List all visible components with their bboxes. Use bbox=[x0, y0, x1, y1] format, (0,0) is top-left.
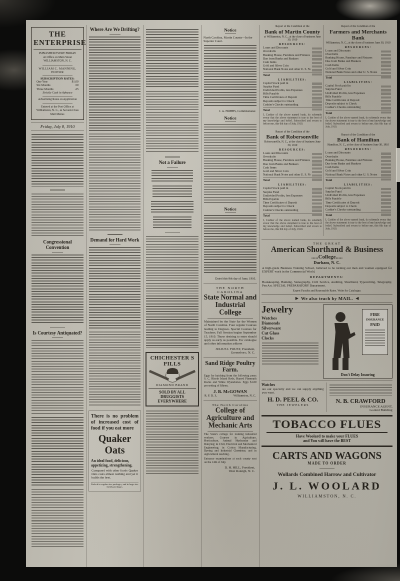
amount-smudge bbox=[312, 171, 322, 173]
ledger-label: Cashier's Checks outstanding bbox=[263, 103, 310, 107]
amount-smudge bbox=[312, 90, 322, 92]
section-divider bbox=[50, 327, 65, 328]
amount-smudge bbox=[381, 206, 391, 208]
section-divider bbox=[165, 157, 180, 158]
liabilities-list: Capital Stock paid inSurplus FundUndivid… bbox=[325, 187, 391, 212]
ad-rule bbox=[267, 432, 388, 433]
masthead-rule bbox=[43, 75, 73, 76]
entered-line: Entered at the Post Office at Williamsto… bbox=[34, 105, 82, 116]
column-2: Where Are We Drifting? Demand for Hard W… bbox=[86, 25, 143, 567]
article-text-block bbox=[32, 254, 84, 324]
liabilities-list: Capital Stock paid inSurplus FundUndivid… bbox=[263, 82, 322, 107]
bank-affidavit: I, Cashier of the above named bank, do s… bbox=[325, 219, 391, 231]
article-text-block bbox=[32, 193, 84, 237]
quaker-subtitle: An ideal food, delicious, appetizing, st… bbox=[91, 458, 139, 467]
poem-stanza bbox=[152, 185, 192, 198]
amount-smudge bbox=[312, 174, 322, 176]
headline-rule bbox=[167, 167, 178, 168]
tobacco-title: TOBACCO FLUES bbox=[262, 418, 393, 431]
amount-smudge bbox=[312, 214, 322, 216]
notice-text-block bbox=[204, 124, 257, 204]
shorthand-departments-label: DEPARTMENTS: bbox=[262, 275, 393, 279]
article-text-block bbox=[32, 340, 84, 415]
bank-name: Bank of Robersonville bbox=[263, 134, 322, 140]
total-line: Total bbox=[325, 75, 391, 80]
state-normal-body: Maintained by the State for the Women of… bbox=[204, 320, 257, 346]
fire-insurance-poster: FIRE INSURANCE PAID bbox=[362, 309, 388, 355]
amount-smudge bbox=[312, 83, 322, 85]
total-line: Total bbox=[263, 213, 322, 218]
sand-ridge-body: Eggs for hatching from the following pen… bbox=[204, 374, 257, 387]
ag-college-location: West Raleigh, N. C. bbox=[204, 469, 256, 473]
amount-smudge bbox=[381, 191, 391, 193]
date-line: Friday, July 8, 1910 bbox=[31, 122, 84, 131]
amount-smudge bbox=[381, 156, 391, 158]
ad-carts-wagons: CARTS AND WAGONS MADE TO ORDER Wollards … bbox=[262, 450, 393, 502]
ad-chichesters-pills: CHICHESTER S PILLS DIAMOND BRAND SOLD BY… bbox=[146, 352, 200, 407]
ledger-line: National Bank Notes and other U. S. Note… bbox=[325, 173, 391, 177]
shorthand-city: Durham, N. C. bbox=[262, 260, 393, 265]
ledger-label: National Bank Notes and other U. S. Note… bbox=[263, 174, 310, 178]
poster-text-block bbox=[365, 329, 385, 346]
ad-crawford-insurance: N. B. CRAWFORD INSURANCE AGENT, Godard B… bbox=[327, 382, 393, 412]
amount-smudge bbox=[381, 195, 391, 197]
section-divider bbox=[320, 468, 335, 469]
ad-jewelry: Jewelry WatchesDiamondsSilverwareCut Gla… bbox=[262, 304, 322, 378]
ledger-line: Cashier's Checks outstanding bbox=[325, 209, 391, 213]
bank-report-hamilton: Report of the Condition of the Bank of H… bbox=[325, 133, 391, 230]
quaker-body: Compared with other foods Quaker Oats co… bbox=[92, 469, 139, 480]
amount-smudge bbox=[381, 57, 391, 59]
poem-stanza bbox=[151, 201, 194, 214]
state-normal-kicker: THE NORTH CAROLINA bbox=[204, 286, 258, 294]
total-label: Total bbox=[325, 214, 379, 218]
shorthand-departments: Bookkeeping, Banking, Stenography, Civil… bbox=[262, 280, 392, 287]
masthead-rule bbox=[43, 103, 73, 104]
article-text-block bbox=[32, 417, 84, 487]
newspaper-page: THE ENTERPRISE. PUBLISHED EVERY FRIDAY A… bbox=[26, 20, 397, 567]
bank-affidavit: I, Cashier of the above named bank, do s… bbox=[263, 219, 322, 231]
peel-body: are our specialty and we can supply anyt… bbox=[262, 387, 324, 394]
column-1: THE ENTERPRISE. PUBLISHED EVERY FRIDAY A… bbox=[29, 25, 86, 567]
amount-smudge bbox=[381, 89, 391, 91]
section-divider bbox=[50, 190, 65, 191]
amount-smudge bbox=[381, 202, 391, 204]
ag-college-title: College of Agriculture and Mechanic Arts bbox=[204, 407, 258, 430]
amount-smudge bbox=[381, 111, 391, 113]
amount-smudge bbox=[312, 65, 322, 67]
article-text-block bbox=[146, 411, 199, 476]
ledger-line: Cashier's Checks outstanding bbox=[325, 106, 391, 110]
ad-tobacco-flues: TOBACCO FLUES Have Woolard to make your … bbox=[262, 415, 393, 447]
poem-stanza bbox=[153, 216, 192, 229]
total-label: Total bbox=[325, 111, 379, 115]
shorthand-mail-line: We also teach by MAIL. bbox=[301, 296, 353, 301]
sand-ridge-location-row: R. F. D. 3, Williamston, N. C. bbox=[205, 395, 257, 398]
ledger-line: Cashier's Checks outstanding bbox=[263, 103, 322, 107]
total-line: Total bbox=[325, 110, 391, 115]
article-text-block bbox=[146, 236, 199, 294]
amount-smudge bbox=[381, 163, 391, 165]
amount-smudge bbox=[381, 50, 391, 52]
right-section: Report of the Condition of the Bank of M… bbox=[259, 25, 395, 567]
amount-smudge bbox=[381, 100, 391, 102]
amount-smudge bbox=[312, 164, 322, 166]
ledger-label: National Bank Notes and other U. S. Note… bbox=[263, 68, 310, 72]
amount-smudge bbox=[381, 214, 391, 216]
headline-hard-work: Demand for Hard Work bbox=[89, 238, 142, 244]
amount-smudge bbox=[381, 107, 391, 109]
total-line: Total bbox=[263, 107, 322, 112]
ad-peel-jewelers: Watches are our specialty and we can sup… bbox=[262, 382, 327, 412]
notice-opener: North Carolina, Martin County—In the Sup… bbox=[204, 36, 258, 43]
column-6: Report of the Condition of the Farmers a… bbox=[323, 25, 392, 236]
quaker-footnote: Packed in regular size packages, and in … bbox=[91, 482, 139, 489]
amount-smudge bbox=[381, 171, 391, 173]
sand-ridge-title: Sand Ridge Poultry Farm. bbox=[204, 360, 258, 373]
quaker-title: Quaker Oats bbox=[91, 433, 139, 456]
amount-smudge bbox=[381, 85, 391, 87]
notice-text-block bbox=[204, 45, 257, 108]
city-line: WILLIAMSTON, N. C. bbox=[34, 60, 82, 64]
amount-smudge bbox=[312, 62, 322, 64]
state-normal-location: Greensboro, N. C. bbox=[204, 351, 256, 355]
ledger-line: National Bank Notes and other U. S. Note… bbox=[263, 68, 322, 72]
bank-name: Farmers and Merchants Bank bbox=[325, 29, 391, 41]
shorthand-body: A high-grade Business Training School, b… bbox=[262, 266, 392, 273]
shorthand-faculty-line: Expert Faculty and Reasonable Rates. Wri… bbox=[262, 289, 392, 293]
ledger-label: Cashier's Checks outstanding bbox=[325, 209, 379, 213]
insurance-man-icon bbox=[326, 308, 361, 373]
amount-smudge bbox=[381, 174, 391, 176]
shorthand-mail-banner: ▶ We also teach by MAIL. ◀ bbox=[262, 294, 393, 302]
article-text-block bbox=[89, 331, 141, 406]
column-5: Report of the Condition of the Bank of M… bbox=[262, 25, 324, 236]
bank-name: Bank of Hamilton bbox=[325, 137, 391, 143]
amount-smudge bbox=[381, 76, 391, 78]
amount-smudge bbox=[312, 210, 322, 212]
sand-ridge-name: J. B. McGOWAN bbox=[204, 389, 258, 394]
amount-smudge bbox=[312, 199, 322, 201]
cash-line: Strictly Cash in Advance bbox=[37, 92, 79, 95]
newspaper-scan: THE ENTERPRISE. PUBLISHED EVERY FRIDAY A… bbox=[0, 0, 400, 581]
article-text-block bbox=[89, 134, 141, 232]
amount-smudge bbox=[381, 103, 391, 105]
notice-heading: Notice bbox=[204, 207, 258, 212]
total-label: Total bbox=[325, 178, 379, 182]
fire-caption: Don't Delay Insuring bbox=[324, 372, 392, 377]
bank-reports-row: Report of the Condition of the Bank of M… bbox=[262, 25, 393, 236]
ad-state-normal-college: THE NORTH CAROLINA State Normal and Indu… bbox=[204, 284, 258, 355]
column-4: Notice North Carolina, Martin County—In … bbox=[201, 25, 259, 567]
amount-smudge bbox=[381, 68, 391, 70]
amount-smudge bbox=[381, 153, 391, 155]
amount-smudge bbox=[312, 86, 322, 88]
ledger-label: Cashier's Checks outstanding bbox=[263, 209, 310, 213]
ag-college-body: The State's college for training industr… bbox=[204, 433, 257, 456]
amount-smudge bbox=[381, 93, 391, 95]
resources-list: Loans and DiscountsOverdraftsBanking Hou… bbox=[325, 152, 391, 177]
peel-name: H. D. PEEL & CO. bbox=[262, 396, 325, 404]
amount-smudge bbox=[312, 160, 322, 162]
amount-smudge bbox=[312, 73, 322, 75]
amount-smudge bbox=[312, 104, 322, 106]
liabilities-list: Capital Stock paid inSurplus FundUndivid… bbox=[263, 187, 322, 212]
ledger-label: Cashier's Checks outstanding bbox=[325, 106, 379, 110]
ledger-label: National Bank Notes and other U. S. Note… bbox=[325, 71, 379, 75]
amount-smudge bbox=[381, 54, 391, 56]
bank-location: at Williamston, N. C., at the close of b… bbox=[263, 35, 322, 41]
jewelry-item: Clocks bbox=[262, 335, 320, 340]
masthead-rule bbox=[43, 65, 73, 66]
shorthand-title: American Shorthand & Business bbox=[262, 245, 393, 254]
section-divider bbox=[107, 234, 122, 235]
ledger-line: National Bank Notes and other U. S. Note… bbox=[325, 71, 391, 75]
bank-affidavit: I, Cashier of the above named bank, do s… bbox=[325, 116, 391, 128]
headline-rule bbox=[52, 252, 63, 253]
jewelry-text-block bbox=[262, 342, 319, 365]
tobacco-line2: and You will have the BEST bbox=[262, 439, 393, 444]
ad-rule bbox=[208, 431, 254, 432]
headline-rule bbox=[52, 338, 63, 339]
section-divider bbox=[165, 232, 180, 233]
amount-smudge bbox=[312, 206, 322, 208]
article-text-block bbox=[146, 29, 199, 89]
amount-smudge bbox=[312, 93, 322, 95]
sand-ridge-town: Williamston, N. C. bbox=[233, 395, 256, 398]
article-text-block bbox=[32, 489, 84, 549]
report-of-line: Report of the Condition of the bbox=[325, 25, 391, 28]
amount-smudge bbox=[381, 178, 391, 180]
amount-smudge bbox=[312, 195, 322, 197]
ad-quaker-oats: There is no problem of increased cost of… bbox=[89, 410, 142, 491]
carts-harrow-line: Wollards Combined Harrow and Cultivator bbox=[262, 472, 393, 478]
headline-rule bbox=[225, 34, 236, 35]
amount-smudge bbox=[381, 72, 391, 74]
report-of-line: Report of the Condition of the bbox=[263, 25, 322, 28]
ad-sand-ridge-poultry: Sand Ridge Poultry Farm. Eggs for hatchi… bbox=[204, 357, 258, 397]
total-line: Total bbox=[325, 213, 391, 218]
amount-smudge bbox=[381, 160, 391, 162]
total-label: Total bbox=[325, 76, 379, 80]
ledger-label: National Bank Notes and other U. S. Note… bbox=[325, 173, 379, 177]
quaker-lead-text: There is no problem of increased cost of… bbox=[91, 413, 139, 431]
chichester-title: CHICHESTER S PILLS bbox=[149, 355, 197, 367]
jewelry-title: Jewelry bbox=[262, 304, 320, 315]
amount-smudge bbox=[312, 69, 322, 71]
amount-smudge bbox=[312, 51, 322, 53]
amount-smudge bbox=[312, 202, 322, 204]
paper-title: THE ENTERPRISE. bbox=[34, 31, 82, 51]
subscription-rates: SUBSCRIPTION RATES: One Year $1.00 Six M… bbox=[37, 77, 79, 94]
amount-smudge bbox=[312, 192, 322, 194]
total-label: Total bbox=[263, 214, 310, 218]
woolard-name: J. L. WOOLARD bbox=[262, 480, 393, 493]
total-line: Total bbox=[263, 72, 322, 77]
amount-smudge bbox=[381, 65, 391, 67]
poster-line: PAID bbox=[363, 322, 388, 327]
amount-smudge bbox=[381, 209, 391, 211]
woolard-location: WILLIAMSTON, N. C. bbox=[262, 494, 393, 499]
notice-text-block bbox=[204, 215, 257, 275]
poem-stanza bbox=[151, 170, 193, 183]
column-3: Not a Failure CHICHESTER S PILLS DIAMO bbox=[143, 25, 201, 567]
amount-smudge bbox=[381, 199, 391, 201]
notice-heading: Notice bbox=[204, 116, 258, 121]
amount-smudge bbox=[312, 188, 322, 190]
headline-rule bbox=[225, 213, 236, 214]
article-text-block bbox=[146, 91, 199, 154]
masthead-box: THE ENTERPRISE. PUBLISHED EVERY FRIDAY A… bbox=[31, 27, 84, 120]
headline-rule bbox=[225, 122, 236, 123]
crawford-name: N. B. CRAWFORD bbox=[329, 397, 393, 405]
bank-report-robersonville: Report of the Condition of the Bank of R… bbox=[263, 130, 322, 230]
left-arrow-icon: ◀ bbox=[356, 296, 359, 301]
amount-smudge bbox=[312, 108, 322, 110]
jewelry-items: WatchesDiamondsSilverwareCut GlassClocks bbox=[262, 315, 320, 340]
peel-tagline: THE JEWELERS bbox=[262, 403, 325, 407]
ad-rule bbox=[208, 318, 254, 319]
jewelry-fire-row: Jewelry WatchesDiamondsSilverwareCut Gla… bbox=[262, 304, 393, 378]
article-text-block bbox=[89, 37, 141, 132]
notice-signature: J. A. HOBBS, Commissioner. bbox=[205, 110, 257, 114]
article-text-block bbox=[146, 296, 199, 349]
carts-title: CARTS AND WAGONS bbox=[262, 450, 393, 461]
state-normal-title: State Normal and Industrial College bbox=[204, 294, 258, 317]
amount-smudge bbox=[312, 167, 322, 169]
peel-lead: Watches bbox=[262, 382, 325, 387]
bank-affidavit: I, Cashier of the above named bank, do s… bbox=[263, 113, 322, 125]
chichester-brand: DIAMOND BRAND bbox=[149, 384, 197, 387]
chichester-sold-line: SOLD BY ALL DRUGGISTS EVERYWHERE bbox=[149, 389, 197, 404]
sand-ridge-rfd: R. F. D. 3, bbox=[205, 395, 217, 398]
peel-crawford-row: Watches are our specialty and we can sup… bbox=[262, 380, 393, 412]
amount-smudge bbox=[312, 97, 322, 99]
article-text-block bbox=[89, 247, 141, 330]
crawford-text-block bbox=[329, 384, 392, 395]
total-label: Total bbox=[263, 108, 310, 112]
notice-dated-line: Dated this 8th day of June, 1910. bbox=[205, 277, 257, 281]
amount-smudge bbox=[312, 47, 322, 49]
amount-smudge bbox=[312, 156, 322, 158]
ag-college-body2: Entrance examinations at each county sea… bbox=[204, 458, 257, 465]
total-line: Total bbox=[325, 177, 391, 182]
headline-rule bbox=[109, 244, 120, 245]
bank-location: Hamilton, N. C., at the close of busines… bbox=[325, 144, 391, 147]
total-label: Total bbox=[263, 73, 310, 77]
amount-smudge bbox=[381, 96, 391, 98]
ad-ag-college: The North Carolina College of Agricultur… bbox=[204, 401, 258, 473]
resources-list: Loans and DiscountsOverdraftsBanking Hou… bbox=[325, 49, 391, 74]
headline-congressional-convention: Congressional Convention bbox=[31, 240, 84, 251]
editor-line: WILLIAM C. MANNING, EDITOR bbox=[34, 67, 82, 74]
ledger-line: Cashier's Checks outstanding bbox=[263, 209, 322, 213]
bank-report-farmers-merchants: Report of the Condition of the Farmers a… bbox=[325, 25, 391, 128]
notice-heading: Notice bbox=[204, 28, 258, 33]
headline-drifting: Where Are We Drifting? bbox=[89, 28, 142, 34]
bank-report-martin-county: Report of the Condition of the Bank of M… bbox=[263, 25, 322, 125]
crawford-building: Godard Building bbox=[329, 408, 393, 412]
headline-poem: Not a Failure bbox=[146, 160, 200, 166]
amount-smudge bbox=[312, 101, 322, 103]
bank-location: Robersonville, N. C., at the close of bu… bbox=[263, 141, 322, 147]
resources-list: Loans and DiscountsOverdraftsBanking Hou… bbox=[263, 47, 322, 72]
amount-smudge bbox=[381, 167, 391, 169]
rate-value: .25 bbox=[75, 88, 79, 92]
amount-smudge bbox=[312, 153, 322, 155]
total-line: Total bbox=[263, 178, 322, 183]
headline-courtesy: Is Courtesy Antiquated? bbox=[31, 331, 84, 337]
report-of-line: Report of the Condition of the bbox=[263, 130, 322, 133]
amount-smudge bbox=[312, 58, 322, 60]
ad-fire-insurance: FIRE INSURANCE PAID Don't Delay Insuring bbox=[323, 304, 392, 378]
bank-location: Williamston, N. C., at the close of busi… bbox=[325, 41, 391, 44]
liabilities-list: Capital Stock paid inSurplus FundUndivid… bbox=[325, 85, 391, 110]
bank-name: Bank of Martin County bbox=[263, 29, 322, 35]
amount-smudge bbox=[381, 188, 391, 190]
amount-smudge bbox=[312, 55, 322, 57]
masthead-rule bbox=[43, 96, 73, 97]
total-label: Total bbox=[263, 179, 310, 183]
right-arrow-icon: ▶ bbox=[295, 296, 298, 301]
advertising-line: Advertising Rates on Application bbox=[34, 98, 82, 102]
amount-smudge bbox=[312, 179, 322, 181]
article-text-block bbox=[32, 134, 84, 187]
ad-shorthand-college: THE GREAT American Shorthand & Business … bbox=[262, 239, 393, 303]
amount-smudge bbox=[381, 61, 391, 63]
resources-list: Loans and DiscountsOverdraftsBanking Hou… bbox=[263, 152, 322, 177]
headline-rule bbox=[109, 34, 120, 35]
carts-subtitle: MADE TO ORDER bbox=[262, 461, 393, 466]
ledger-line: National Bank Notes and other U. S. Note… bbox=[263, 174, 322, 178]
